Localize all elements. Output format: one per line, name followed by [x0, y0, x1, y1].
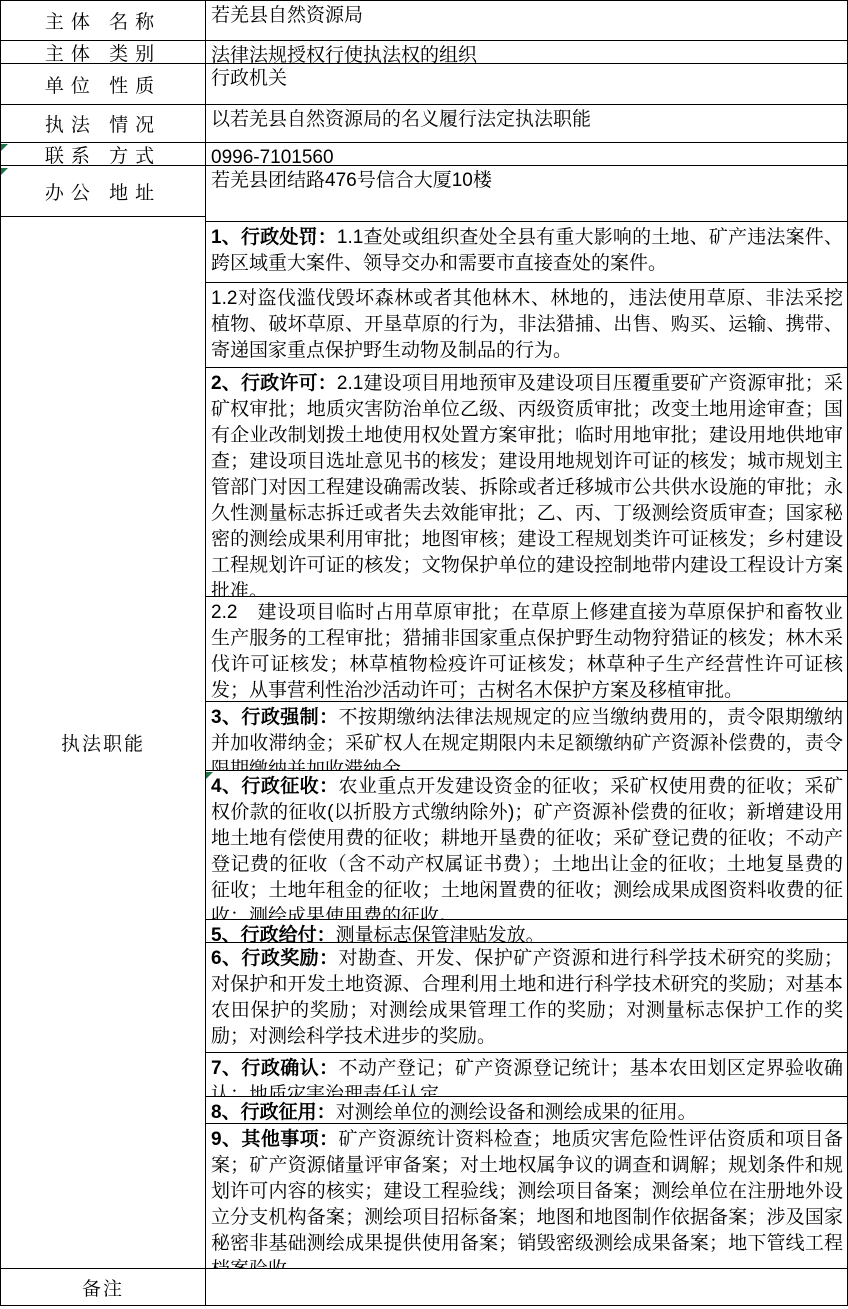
- field-value-text: 0996-7101560: [211, 147, 334, 166]
- duty-item-prefix: 3、行政强制：: [211, 707, 339, 728]
- remark-label: 备注: [1, 1269, 205, 1306]
- duty-item-row-payment: 5、行政给付：测量标志保管津贴发放。: [206, 920, 847, 943]
- duty-item-row-licensing-2: 2.2 建设项目临时占用草原审批；在草原上修建直接为草原保护和畜牧业生产服务的工…: [206, 597, 847, 702]
- field-value-unit-nature: 行政机关: [206, 64, 847, 105]
- duty-item-prefix: 1、行政处罚：: [211, 227, 337, 248]
- duty-section-label-text: 执法职能: [61, 729, 145, 756]
- info-disclosure-table: 主体 名称 主体 类别 单位 性质 执法 情况 联系 方式 办公 地址 执法职能…: [0, 0, 848, 1309]
- error-indicator-icon: [1, 144, 8, 151]
- duty-item-text: 1.2对盗伐滥伐毁坏森林或者其他林木、林地的，违法使用草原、非法采挖植物、破坏草…: [211, 288, 843, 361]
- duty-item-prefix: 6、行政奖励：: [211, 948, 339, 969]
- duty-item-row-penalty-2: 1.2对盗伐滥伐毁坏森林或者其他林木、林地的，违法使用草原、非法采挖植物、破坏草…: [206, 283, 847, 368]
- field-value-contact-phone: 0996-7101560: [206, 143, 847, 166]
- field-value-office-address: 若羌县团结路476号信合大厦10楼: [206, 166, 847, 222]
- duty-item-row-confirmation: 7、行政确认：不动产登记；矿产资源登记统计；基本农田划区定界验收确认；地质灾害治…: [206, 1053, 847, 1097]
- remark-value: [206, 1269, 847, 1306]
- field-value-text: 若羌县自然资源局: [211, 5, 363, 26]
- field-label-text: 单位 性质: [45, 71, 161, 98]
- error-indicator-icon: [206, 772, 213, 779]
- error-indicator-icon: [1, 168, 8, 175]
- table-grid: 主体 名称 主体 类别 单位 性质 执法 情况 联系 方式 办公 地址 执法职能…: [0, 0, 848, 1306]
- field-value-text: 以若羌县自然资源局的名义履行法定执法职能: [211, 109, 591, 130]
- field-value-subject-type: 法律法规授权行使执法权的组织: [206, 41, 847, 64]
- duty-item-text: 2.1建设项目用地预审及建设项目压覆重要矿产资源审批；采矿权审批；地质灾害防治单…: [211, 373, 843, 597]
- field-label-subject-name: 主体 名称: [1, 0, 205, 41]
- field-label-text: 执法 情况: [45, 110, 161, 137]
- duty-item-prefix: 2、行政许可：: [211, 373, 337, 394]
- field-label-office-address: 办公 地址: [1, 166, 205, 217]
- value-column: 若羌县自然资源局 法律法规授权行使执法权的组织 行政机关 以若羌县自然资源局的名…: [205, 0, 848, 1306]
- field-value-enforcement: 以若羌县自然资源局的名义履行法定执法职能: [206, 105, 847, 143]
- duty-item-text: 对测绘单位的测绘设备和测绘成果的征用。: [336, 1102, 697, 1123]
- field-label-subject-type: 主体 类别: [1, 41, 205, 64]
- duty-item-row-requisition: 8、行政征用：对测绘单位的测绘设备和测绘成果的征用。: [206, 1097, 847, 1124]
- duty-section-label: 执法职能: [1, 217, 205, 1269]
- field-label-text: 主体 类别: [45, 41, 161, 64]
- duty-item-prefix: 7、行政确认：: [211, 1058, 339, 1079]
- duty-item-row-penalty: 1、行政处罚：1.1查处或组织查处全县有重大影响的土地、矿产违法案件、跨区域重大…: [206, 222, 847, 283]
- field-value-text: 法律法规授权行使执法权的组织: [211, 45, 477, 64]
- duty-item-prefix: 5、行政给付：: [211, 925, 336, 943]
- label-column: 主体 名称 主体 类别 单位 性质 执法 情况 联系 方式 办公 地址 执法职能…: [0, 0, 205, 1306]
- duty-item-prefix: 8、行政征用：: [211, 1102, 336, 1123]
- duty-item-prefix: 9、其他事项：: [211, 1129, 339, 1150]
- field-label-text: 主体 名称: [45, 7, 161, 34]
- field-label-enforcement: 执法 情况: [1, 105, 205, 143]
- field-label-contact: 联系 方式: [1, 143, 205, 166]
- duty-item-text: 2.2 建设项目临时占用草原审批；在草原上修建直接为草原保护和畜牧业生产服务的工…: [211, 602, 843, 701]
- duty-item-row-licensing: 2、行政许可：2.1建设项目用地预审及建设项目压覆重要矿产资源审批；采矿权审批；…: [206, 368, 847, 597]
- duty-item-row-collection: 4、行政征收：农业重点开发建设资金的征收；采矿权使用费的征收；采矿权价款的征收(…: [206, 771, 847, 920]
- duty-item-text: 测量标志保管津贴发放。: [336, 925, 545, 943]
- duty-item-text: 矿产资源统计资料检查；地质灾害危险性评估资质和项目备案；矿产资源储量评审备案；对…: [211, 1129, 843, 1269]
- duty-item-row-other: 9、其他事项：矿产资源统计资料检查；地质灾害危险性评估资质和项目备案；矿产资源储…: [206, 1124, 847, 1269]
- duty-item-text: 农业重点开发建设资金的征收；采矿权使用费的征收；采矿权价款的征收(以折股方式缴纳…: [211, 776, 843, 920]
- duty-item-row-reward: 6、行政奖励：对勘查、开发、保护矿产资源和进行科学技术研究的奖励；对保护和开发土…: [206, 943, 847, 1053]
- field-label-unit-nature: 单位 性质: [1, 64, 205, 105]
- field-label-text: 办公 地址: [45, 178, 161, 205]
- duty-item-row-coercion: 3、行政强制：不按期缴纳法律法规规定的应当缴纳费用的，责令限期缴纳并加收滞纳金；…: [206, 702, 847, 771]
- remark-label-text: 备注: [82, 1274, 124, 1301]
- field-value-text: 行政机关: [211, 68, 287, 89]
- field-value-text: 若羌县团结路476号信合大厦10楼: [211, 170, 492, 191]
- field-label-text: 联系 方式: [45, 143, 161, 166]
- field-value-subject-name: 若羌县自然资源局: [206, 0, 847, 41]
- duty-item-prefix: 4、行政征收：: [211, 776, 339, 797]
